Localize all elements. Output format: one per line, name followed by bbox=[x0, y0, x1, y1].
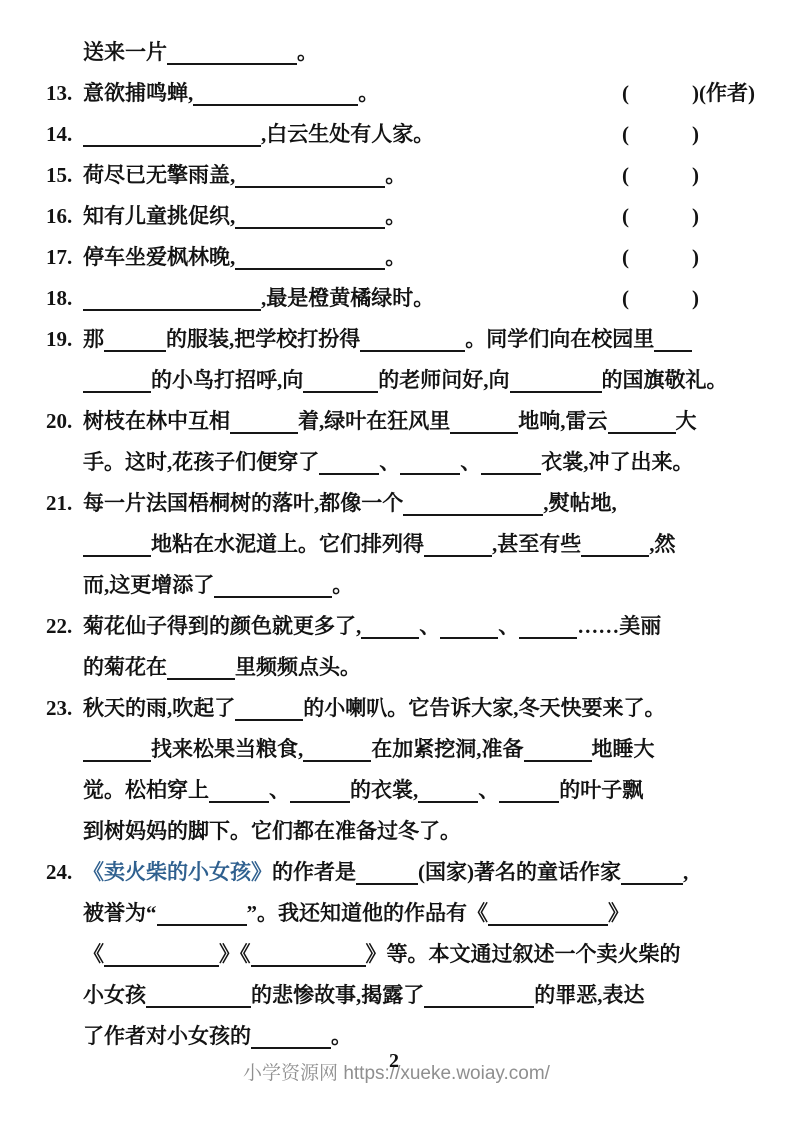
question-text: 》等。本文通过叙述一个卖火柴的 bbox=[366, 942, 681, 966]
question-text: 停车坐爱枫林晚, bbox=[83, 245, 235, 269]
fill-in-blank-underline bbox=[356, 861, 418, 885]
question-number: 20. bbox=[46, 409, 72, 434]
question-number: 13. bbox=[46, 81, 72, 106]
question-text: 意欲捕鸣蝉, bbox=[83, 81, 193, 105]
lesson-title-text: 《卖火柴的小女孩》 bbox=[83, 860, 272, 884]
fill-in-blank-underline bbox=[104, 328, 166, 352]
question-number: 16. bbox=[46, 204, 72, 229]
question-text: 着,绿叶在狂风里 bbox=[298, 409, 450, 433]
continuation-line: 到树妈妈的脚下。它们都在准备过冬了。 bbox=[0, 819, 793, 844]
question-text: 、 bbox=[498, 614, 519, 638]
answer-brackets: ( ) bbox=[622, 245, 699, 270]
answer-brackets: ( ) bbox=[622, 286, 699, 311]
fill-in-blank-underline bbox=[654, 328, 692, 352]
question-text: , bbox=[683, 860, 688, 884]
question-19-line: 19.那的服装,把学校打扮得。同学们向在校园里 bbox=[0, 327, 793, 352]
continuation-line: 《》《》等。本文通过叙述一个卖火柴的 bbox=[0, 942, 793, 967]
question-15-line: 15.荷尽已无擎雨盖,。( ) bbox=[0, 163, 793, 188]
fill-in-blank-underline bbox=[524, 738, 592, 762]
question-text: ,甚至有些 bbox=[492, 532, 581, 556]
continuation-line: 送来一片。 bbox=[0, 40, 793, 65]
fill-in-blank-underline bbox=[167, 41, 297, 65]
fill-in-blank-underline bbox=[403, 492, 543, 516]
question-text: ,白云生处有人家。 bbox=[261, 122, 434, 146]
fill-in-blank-underline bbox=[83, 369, 151, 393]
answer-brackets: ( ) bbox=[622, 163, 699, 188]
question-text: 了作者对小女孩的 bbox=[83, 1024, 251, 1048]
question-text: ,最是橙黄橘绿时。 bbox=[261, 286, 434, 310]
continuation-line: 的菊花在里频频点头。 bbox=[0, 655, 793, 680]
fill-in-blank-underline bbox=[83, 287, 261, 311]
question-text: 菊花仙子得到的颜色就更多了, bbox=[83, 614, 361, 638]
question-number: 21. bbox=[46, 491, 72, 516]
question-18-line: 18.,最是橙黄橘绿时。( ) bbox=[0, 286, 793, 311]
fill-in-blank-underline bbox=[488, 902, 608, 926]
question-text: 找来松果当粮食, bbox=[151, 737, 303, 761]
continuation-line: 被誉为“”。我还知道他的作品有《》 bbox=[0, 901, 793, 926]
continuation-line: 觉。松柏穿上、的衣裳,、的叶子飘 bbox=[0, 778, 793, 803]
question-text: 地响,雷云 bbox=[518, 409, 607, 433]
question-text: 的叶子飘 bbox=[559, 778, 643, 802]
fill-in-blank-underline bbox=[319, 451, 379, 475]
fill-in-blank-underline bbox=[424, 533, 492, 557]
question-text: 》《 bbox=[219, 942, 251, 966]
fill-in-blank-underline bbox=[450, 410, 518, 434]
question-text: 、 bbox=[419, 614, 440, 638]
question-text: 送来一片 bbox=[83, 40, 167, 64]
question-text: 觉。松柏穿上 bbox=[83, 778, 209, 802]
question-number: 22. bbox=[46, 614, 72, 639]
fill-in-blank-underline bbox=[235, 697, 303, 721]
question-text: 《 bbox=[83, 942, 104, 966]
fill-in-blank-underline bbox=[519, 615, 577, 639]
question-text: 。 bbox=[358, 81, 379, 105]
fill-in-blank-underline bbox=[440, 615, 498, 639]
question-text: 的小喇叭。它告诉大家,冬天快要来了。 bbox=[303, 696, 665, 720]
question-text: ,熨帖地, bbox=[543, 491, 617, 515]
question-text: 衣裳,冲了出来。 bbox=[541, 450, 693, 474]
fill-in-blank-underline bbox=[424, 984, 534, 1008]
fill-in-blank-underline bbox=[290, 779, 350, 803]
question-text: ……美丽 bbox=[577, 614, 661, 638]
question-number: 19. bbox=[46, 327, 72, 352]
question-text: 被誉为“ bbox=[83, 901, 157, 925]
fill-in-blank-underline bbox=[146, 984, 251, 1008]
fill-in-blank-underline bbox=[581, 533, 649, 557]
question-text: 。 bbox=[331, 1024, 352, 1048]
question-text: 、 bbox=[379, 450, 400, 474]
question-22-line: 22.菊花仙子得到的颜色就更多了,、、……美丽 bbox=[0, 614, 793, 639]
continuation-line: 地粘在水泥道上。它们排列得,甚至有些,然 bbox=[0, 532, 793, 557]
fill-in-blank-underline bbox=[230, 410, 298, 434]
fill-in-blank-underline bbox=[235, 246, 385, 270]
question-text: 。 bbox=[385, 163, 406, 187]
question-lines-container: 送来一片。13.意欲捕鸣蝉,。( )(作者)14.,白云生处有人家。( )15.… bbox=[0, 40, 793, 1065]
fill-in-blank-underline bbox=[361, 615, 419, 639]
fill-in-blank-underline bbox=[83, 533, 151, 557]
fill-in-blank-underline bbox=[621, 861, 683, 885]
question-text: 地粘在水泥道上。它们排列得 bbox=[151, 532, 424, 556]
page-number: 2 bbox=[389, 1050, 399, 1073]
question-text: 。 bbox=[385, 204, 406, 228]
footer-url-link[interactable]: https://xueke.woiay.com/ bbox=[343, 1063, 550, 1084]
question-13-line: 13.意欲捕鸣蝉,。( )(作者) bbox=[0, 81, 793, 106]
question-text: 。 bbox=[332, 573, 353, 597]
question-text: 的服装,把学校打扮得 bbox=[166, 327, 360, 351]
fill-in-blank-underline bbox=[167, 656, 235, 680]
question-text: 大 bbox=[676, 409, 697, 433]
answer-brackets: ( ) bbox=[622, 204, 699, 229]
fill-in-blank-underline bbox=[510, 369, 602, 393]
question-text: 秋天的雨,吹起了 bbox=[83, 696, 235, 720]
question-text: 的国旗敬礼。 bbox=[602, 368, 728, 392]
fill-in-blank-underline bbox=[251, 943, 366, 967]
question-text: 的小鸟打招呼,向 bbox=[151, 368, 303, 392]
fill-in-blank-underline bbox=[235, 205, 385, 229]
fill-in-blank-underline bbox=[157, 902, 247, 926]
question-text: 而,这更增添了 bbox=[83, 573, 214, 597]
fill-in-blank-underline bbox=[418, 779, 478, 803]
fill-in-blank-underline bbox=[235, 164, 385, 188]
question-text: 荷尽已无擎雨盖, bbox=[83, 163, 235, 187]
question-21-line: 21.每一片法国梧桐树的落叶,都像一个,熨帖地, bbox=[0, 491, 793, 516]
fill-in-blank-underline bbox=[209, 779, 269, 803]
fill-in-blank-underline bbox=[83, 738, 151, 762]
fill-in-blank-underline bbox=[104, 943, 219, 967]
fill-in-blank-underline bbox=[214, 574, 332, 598]
continuation-line: 小女孩的悲惨故事,揭露了的罪恶,表达 bbox=[0, 983, 793, 1008]
question-text: 的罪恶,表达 bbox=[534, 983, 644, 1007]
question-text: 每一片法国梧桐树的落叶,都像一个 bbox=[83, 491, 403, 515]
question-text: 的衣裳, bbox=[350, 778, 418, 802]
question-16-line: 16.知有儿童挑促织,。( ) bbox=[0, 204, 793, 229]
question-23-line: 23.秋天的雨,吹起了的小喇叭。它告诉大家,冬天快要来了。 bbox=[0, 696, 793, 721]
question-text: 那 bbox=[83, 327, 104, 351]
fill-in-blank-underline bbox=[481, 451, 541, 475]
fill-in-blank-underline bbox=[303, 369, 378, 393]
question-text: 地睡大 bbox=[592, 737, 655, 761]
question-24-line: 24.《卖火柴的小女孩》的作者是(国家)著名的童话作家, bbox=[0, 860, 793, 885]
continuation-line: 找来松果当粮食,在加紧挖洞,准备地睡大 bbox=[0, 737, 793, 762]
question-number: 14. bbox=[46, 122, 72, 147]
worksheet-page: 送来一片。13.意欲捕鸣蝉,。( )(作者)14.,白云生处有人家。( )15.… bbox=[0, 0, 793, 1122]
continuation-line: 而,这更增添了。 bbox=[0, 573, 793, 598]
answer-brackets: ( ) bbox=[622, 122, 699, 147]
question-number: 18. bbox=[46, 286, 72, 311]
question-text: 》 bbox=[608, 901, 629, 925]
fill-in-blank-underline bbox=[360, 328, 465, 352]
question-text: ,然 bbox=[649, 532, 675, 556]
question-number: 23. bbox=[46, 696, 72, 721]
fill-in-blank-underline bbox=[303, 738, 371, 762]
question-text: 的悲惨故事,揭露了 bbox=[251, 983, 424, 1007]
fill-in-blank-underline bbox=[193, 82, 358, 106]
footer-site-name: 小学资源网 bbox=[243, 1063, 343, 1084]
fill-in-blank-underline bbox=[251, 1025, 331, 1049]
question-number: 17. bbox=[46, 245, 72, 270]
question-text: 到树妈妈的脚下。它们都在准备过冬了。 bbox=[83, 819, 461, 843]
question-text: ”。我还知道他的作品有《 bbox=[247, 901, 489, 925]
question-text: 、 bbox=[460, 450, 481, 474]
fill-in-blank-underline bbox=[608, 410, 676, 434]
question-text: 的老师问好,向 bbox=[378, 368, 509, 392]
question-text: 小女孩 bbox=[83, 983, 146, 1007]
question-text: 的菊花在 bbox=[83, 655, 167, 679]
question-text: 、 bbox=[269, 778, 290, 802]
question-text: 。 bbox=[385, 245, 406, 269]
question-text: 树枝在林中互相 bbox=[83, 409, 230, 433]
fill-in-blank-underline bbox=[400, 451, 460, 475]
continuation-line: 的小鸟打招呼,向的老师问好,向的国旗敬礼。 bbox=[0, 368, 793, 393]
fill-in-blank-underline bbox=[499, 779, 559, 803]
continuation-line: 了作者对小女孩的。 bbox=[0, 1024, 793, 1049]
answer-brackets: ( )(作者) bbox=[622, 81, 755, 106]
question-text: 在加紧挖洞,准备 bbox=[371, 737, 523, 761]
question-20-line: 20.树枝在林中互相着,绿叶在狂风里地响,雷云大 bbox=[0, 409, 793, 434]
question-text: 、 bbox=[478, 778, 499, 802]
question-text: 。 bbox=[297, 40, 318, 64]
question-17-line: 17.停车坐爱枫林晚,。( ) bbox=[0, 245, 793, 270]
question-text: 知有儿童挑促织, bbox=[83, 204, 235, 228]
continuation-line: 手。这时,花孩子们便穿了、、衣裳,冲了出来。 bbox=[0, 450, 793, 475]
question-14-line: 14.,白云生处有人家。( ) bbox=[0, 122, 793, 147]
question-text: 里频频点头。 bbox=[235, 655, 361, 679]
question-number: 24. bbox=[46, 860, 72, 885]
question-number: 15. bbox=[46, 163, 72, 188]
question-text: (国家)著名的童话作家 bbox=[418, 860, 621, 884]
question-text: 。同学们向在校园里 bbox=[465, 327, 654, 351]
fill-in-blank-underline bbox=[83, 123, 261, 147]
question-text: 的作者是 bbox=[272, 860, 356, 884]
question-text: 手。这时,花孩子们便穿了 bbox=[83, 450, 319, 474]
